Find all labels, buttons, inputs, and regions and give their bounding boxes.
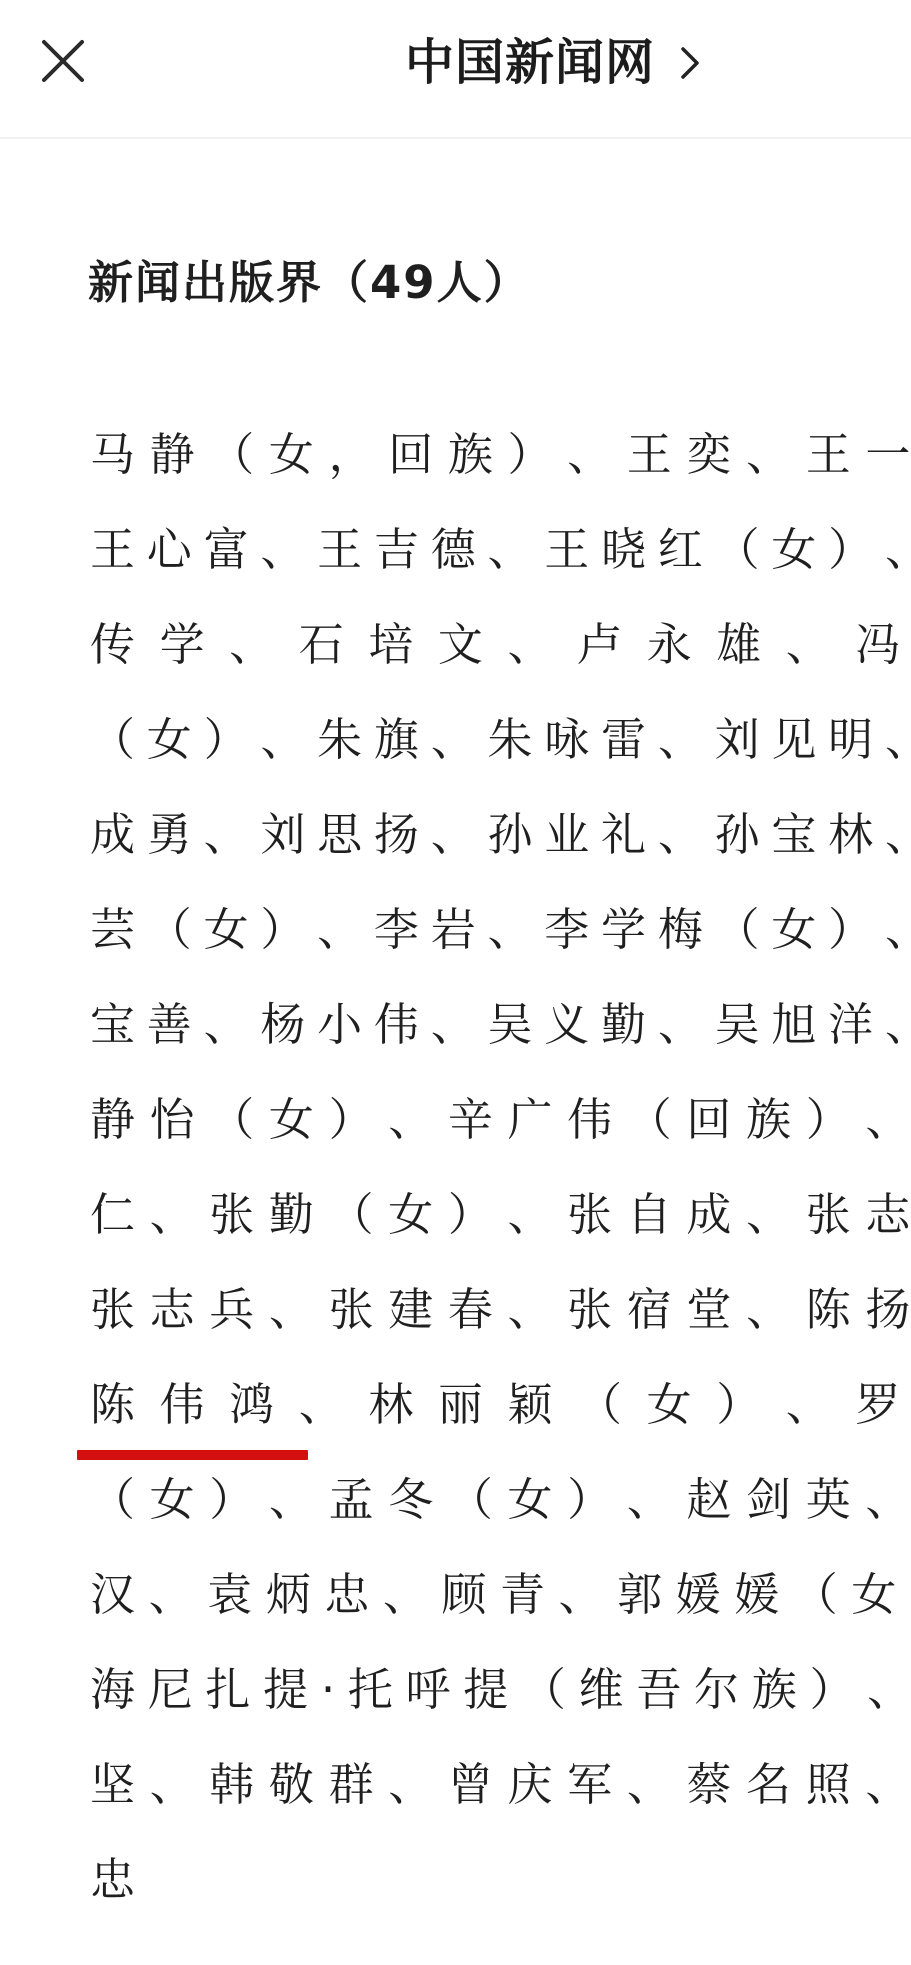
- highlight-underline: [77, 1450, 308, 1460]
- name-list-line: 坚、韩敬群、曾庆军、蔡名照、廖: [90, 1750, 911, 1820]
- name-list-line: （女）、朱旗、朱咏雷、刘见明、: [90, 705, 911, 775]
- top-nav-bar: 中国新闻网: [0, 0, 911, 139]
- name-list-line: 成勇、刘思扬、孙业礼、孙宝林、: [90, 800, 911, 870]
- close-icon: [36, 34, 90, 88]
- name-list-line: 仁、张勤（女）、张自成、张志刚: [90, 1180, 911, 1250]
- source-title-link[interactable]: 中国新闻网: [405, 28, 701, 98]
- chevron-right-icon: [679, 45, 701, 81]
- name-list-line: 传学、石培文、卢永雄、冯晓: [90, 610, 911, 680]
- name-list-line: 王心富、王吉德、王晓红（女）、: [90, 515, 911, 585]
- name-list-line: 静怡（女）、辛广伟（回族）、汪: [90, 1085, 911, 1155]
- section-heading: 新闻出版界（49人）: [88, 248, 531, 318]
- name-list-line: 马静（女，回族）、王奕、王一虎: [90, 420, 911, 490]
- name-list-line: （女）、孟冬（女）、赵剑英、胡: [90, 1465, 911, 1535]
- close-button[interactable]: [36, 34, 90, 88]
- name-list-line: 陈伟鸿、林丽颖（女）、罗崇: [90, 1370, 911, 1440]
- name-list-line: 芸（女）、李岩、李学梅（女）、: [90, 895, 911, 965]
- name-list-line: 张志兵、张建春、张宿堂、陈扬勇: [90, 1275, 911, 1345]
- name-list-line: 海尼扎提·托呼提（维吾尔族）、黄: [90, 1655, 911, 1725]
- name-list-line: 忠: [90, 1845, 140, 1915]
- name-list-line: 宝善、杨小伟、吴义勤、吴旭洋、: [90, 990, 911, 1060]
- name-list-line: 汉、袁炳忠、顾青、郭媛媛（女）: [90, 1560, 911, 1630]
- source-title: 中国新闻网: [405, 28, 655, 98]
